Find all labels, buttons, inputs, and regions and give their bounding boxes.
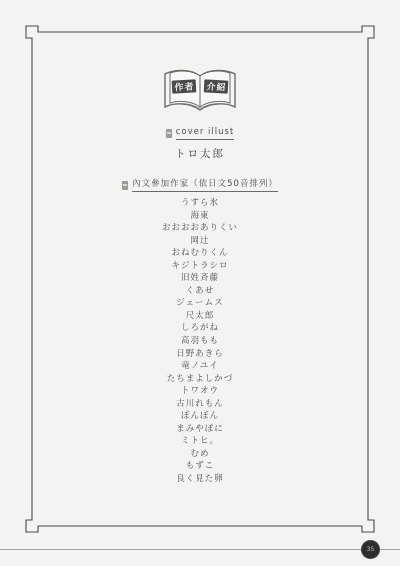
open-book-icon: 作者 介紹 [160,60,240,118]
page-number: 35 [367,546,375,553]
credit-name: 竜ノユイ [0,360,400,373]
authors-section-label: 內文參加作家（依日文50音排列） [132,179,278,192]
cover-illust-label: cover illust [176,127,235,140]
credit-name: おねむりくん [0,247,400,260]
footer-divider [0,549,400,550]
credit-name: しろがね [0,322,400,335]
stamp-icon [166,129,172,138]
credit-name: もずこ [0,460,400,473]
credit-name: 古川れもん [0,398,400,411]
authors-name-list: うすら氷海東おおおおありくい岡辻おねむりくんキジトラシロ旧姓斉藤くあせジェームス… [0,197,400,486]
credit-name: 日野あきら [0,348,400,361]
authors-section: 內文參加作家（依日文50音排列） [0,179,400,192]
credit-name: ジェームス [0,297,400,310]
credit-name: まみやぽに [0,423,400,436]
credit-name: キジトラシロ [0,260,400,273]
credit-name: むめ [0,448,400,461]
credit-name: 高羽もも [0,335,400,348]
credit-name: たちまよしかづ [0,373,400,386]
credit-name: 岡辻 [0,235,400,248]
book-badge-right-text: 介紹 [206,81,227,94]
cover-artist-name: トロ太郎 [0,146,400,161]
credit-name: 良く見た卵 [0,473,400,486]
stamp-icon [122,181,128,190]
credit-name: 旧姓斉藤 [0,272,400,285]
credit-name: 尺太郎 [0,310,400,323]
book-badge-left-text: 作者 [174,80,195,93]
cover-illust-section: cover illust [0,127,400,140]
credit-name: ぼんぼん [0,410,400,423]
credit-name: おおおおありくい [0,222,400,235]
page-number-badge: 35 [362,541,379,558]
credit-name: 海東 [0,210,400,223]
credit-name: うすら氷 [0,197,400,210]
credits-page: 作者 介紹 cover illust トロ太郎 內文參加作家（依日文50音排列）… [0,0,400,566]
credit-name: ミトヒ。 [0,435,400,448]
credit-name: トワオウ [0,385,400,398]
credit-name: くあせ [0,285,400,298]
